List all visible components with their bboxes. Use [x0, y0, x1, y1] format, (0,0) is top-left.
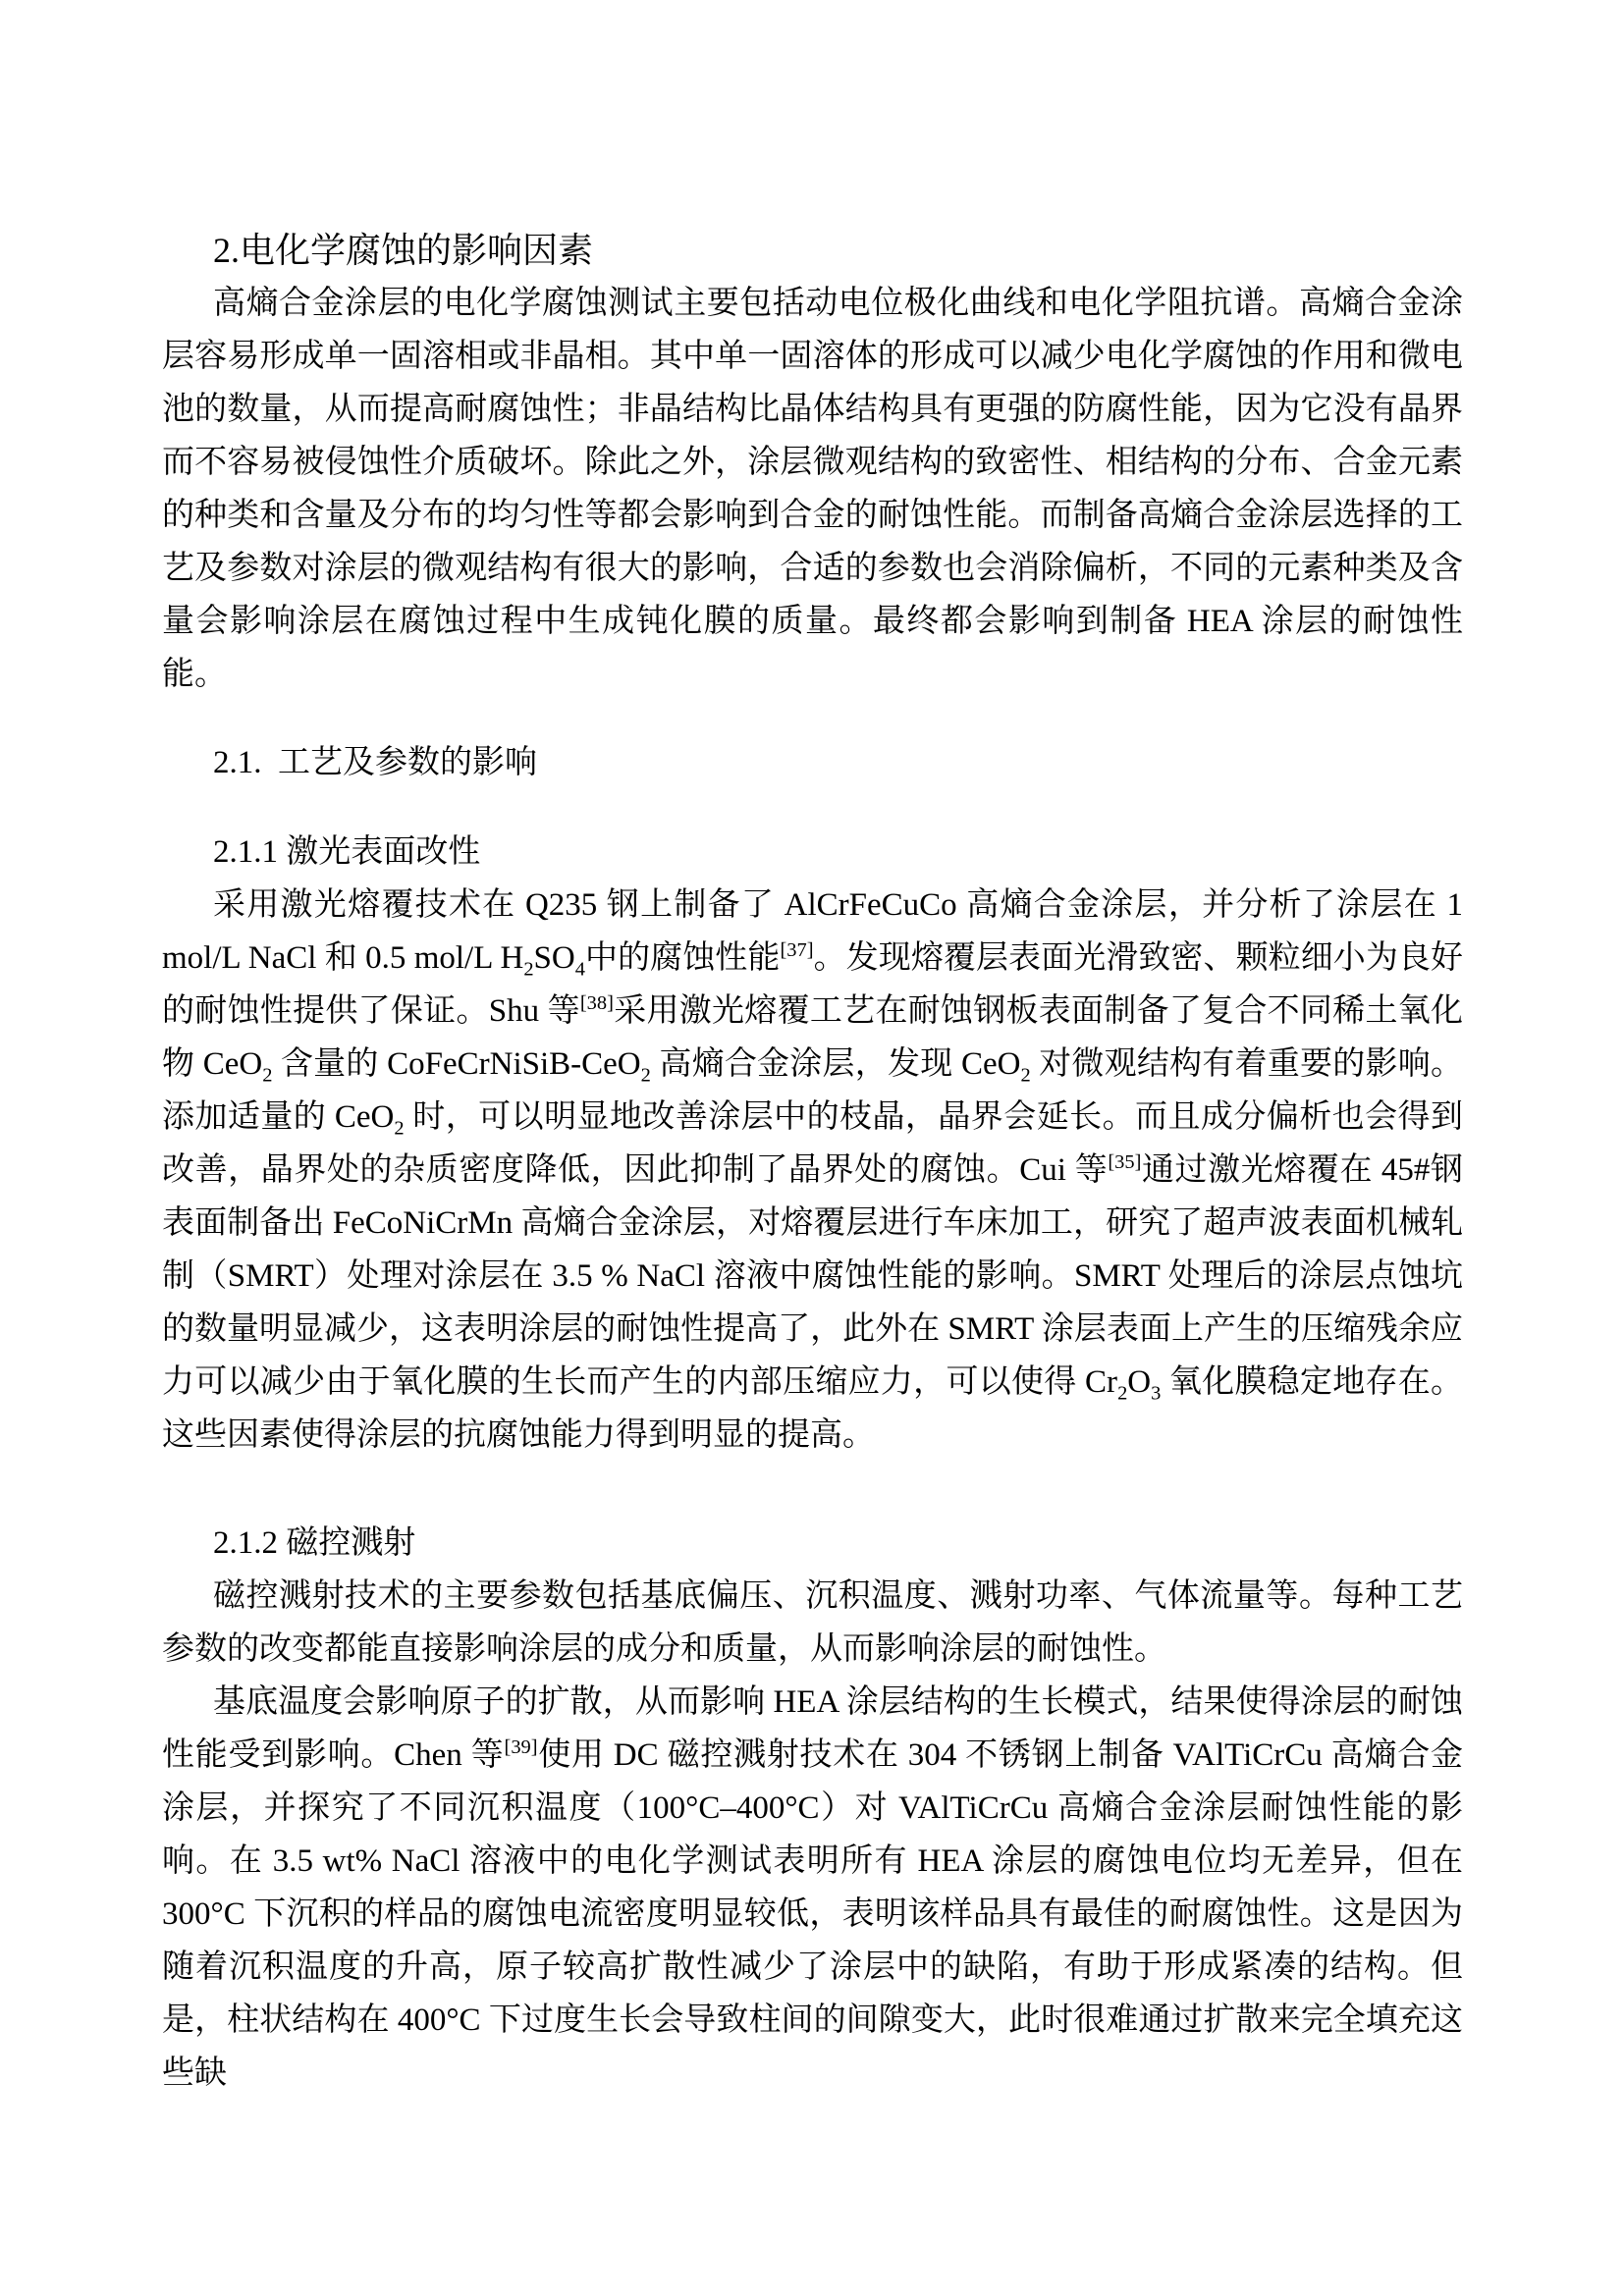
paragraph-magnetron-sputtering-params: 磁控溅射技术的主要参数包括基底偏压、沉积温度、溅射功率、气体流量等。每种工艺参数…: [162, 1570, 1463, 1676]
paragraph-substrate-temperature: 基底温度会影响原子的扩散，从而影响 HEA 涂层结构的生长模式，结果使得涂层的耐…: [162, 1676, 1463, 2100]
paragraph-laser-surface-modification: 采用激光熔覆技术在 Q235 钢上制备了 AlCrFeCuCo 高熵合金涂层，并…: [162, 879, 1463, 1462]
subsection-heading-2-1-2: 2.1.2 磁控溅射: [213, 1517, 1463, 1570]
document-title: 2.电化学腐蚀的影响因素: [213, 224, 1463, 277]
document-page: 2.电化学腐蚀的影响因素 高熵合金涂层的电化学腐蚀测试主要包括动电位极化曲线和电…: [0, 0, 1624, 2296]
subsection-heading-2-1-1: 2.1.1 激光表面改性: [213, 826, 1463, 879]
intro-paragraph: 高熵合金涂层的电化学腐蚀测试主要包括动电位极化曲线和电化学阻抗谱。高熵合金涂层容…: [162, 277, 1463, 701]
section-heading-2-1: 2.1. 工艺及参数的影响: [213, 736, 1463, 789]
